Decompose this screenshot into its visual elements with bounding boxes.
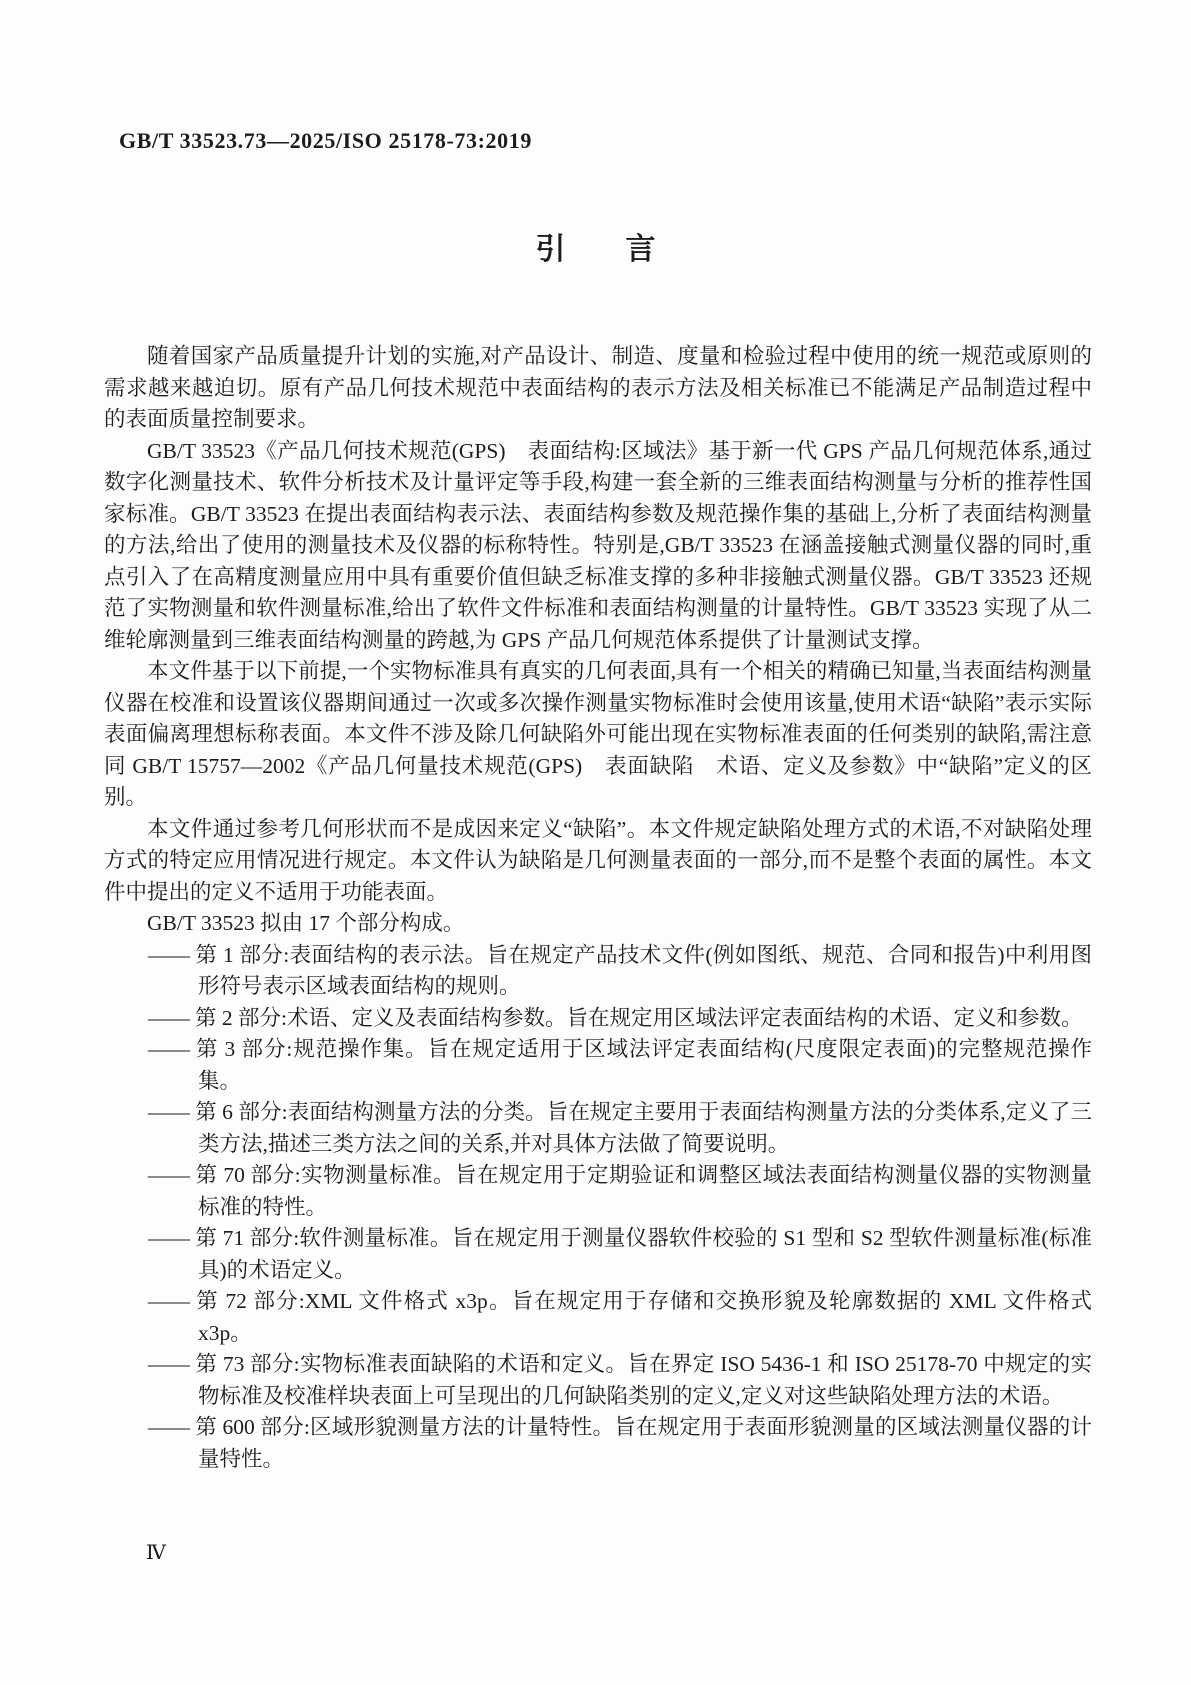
page-number: Ⅳ [146, 1540, 166, 1565]
list-item-dash: —— [148, 1100, 195, 1124]
list-item-part-70: ——第 70 部分:实物测量标准。旨在规定用于定期验证和调整区域法表面结构测量仪… [104, 1160, 1092, 1223]
standard-number: GB/T 33523.73—2025/ISO 25178-73:2019 [119, 128, 532, 154]
intro-paragraph-3: 本文件基于以下前提,一个实物标准具有真实的几何表面,具有一个相关的精确已知量,当… [104, 656, 1092, 814]
list-item-part-2: ——第 2 部分:术语、定义及表面结构参数。旨在规定用区域法评定表面结构的术语、… [104, 1003, 1092, 1035]
list-item-text: 第 71 部分:软件测量标准。旨在规定用于测量仪器软件校验的 S1 型和 S2 … [195, 1226, 1092, 1282]
list-item-dash: —— [148, 1006, 195, 1030]
list-item-part-72: ——第 72 部分:XML 文件格式 x3p。旨在规定用于存储和交换形貌及轮廓数… [104, 1286, 1092, 1349]
intro-paragraph-4: 本文件通过参考几何形状而不是成因来定义“缺陷”。本文件规定缺陷处理方式的术语,不… [104, 814, 1092, 909]
list-item-text: 第 3 部分:规范操作集。旨在规定适用于区域法评定表面结构(尺度限定表面)的完整… [195, 1037, 1092, 1093]
page-title: 引 言 [0, 224, 1191, 268]
list-item-dash: —— [148, 1415, 195, 1439]
list-item-dash: —— [148, 943, 195, 967]
list-item-text: 第 2 部分:术语、定义及表面结构参数。旨在规定用区域法评定表面结构的术语、定义… [195, 1006, 1082, 1030]
list-item-part-73: ——第 73 部分:实物标准表面缺陷的术语和定义。旨在界定 ISO 5436-1… [104, 1349, 1092, 1412]
list-item-text: 第 600 部分:区域形貌测量方法的计量特性。旨在规定用于表面形貌测量的区域法测… [195, 1415, 1092, 1471]
intro-paragraph-1: 随着国家产品质量提升计划的实施,对产品设计、制造、度量和检验过程中使用的统一规范… [104, 341, 1092, 436]
intro-paragraph-2: GB/T 33523《产品几何技术规范(GPS) 表面结构:区域法》基于新一代 … [104, 436, 1092, 657]
list-item-part-3: ——第 3 部分:规范操作集。旨在规定适用于区域法评定表面结构(尺度限定表面)的… [104, 1034, 1092, 1097]
list-item-part-1: ——第 1 部分:表面结构的表示法。旨在规定产品技术文件(例如图纸、规范、合同和… [104, 940, 1092, 1003]
list-item-text: 第 1 部分:表面结构的表示法。旨在规定产品技术文件(例如图纸、规范、合同和报告… [195, 943, 1092, 999]
list-item-dash: —— [148, 1037, 195, 1061]
list-item-text: 第 6 部分:表面结构测量方法的分类。旨在规定主要用于表面结构测量方法的分类体系… [195, 1100, 1092, 1156]
document-body: 随着国家产品质量提升计划的实施,对产品设计、制造、度量和检验过程中使用的统一规范… [104, 341, 1092, 1475]
list-item-part-600: ——第 600 部分:区域形貌测量方法的计量特性。旨在规定用于表面形貌测量的区域… [104, 1412, 1092, 1475]
list-item-text: 第 72 部分:XML 文件格式 x3p。旨在规定用于存储和交换形貌及轮廓数据的… [195, 1289, 1092, 1345]
list-item-part-6: ——第 6 部分:表面结构测量方法的分类。旨在规定主要用于表面结构测量方法的分类… [104, 1097, 1092, 1160]
intro-paragraph-5: GB/T 33523 拟由 17 个部分构成。 [104, 908, 1092, 940]
list-item-part-71: ——第 71 部分:软件测量标准。旨在规定用于测量仪器软件校验的 S1 型和 S… [104, 1223, 1092, 1286]
list-item-dash: —— [148, 1163, 195, 1187]
list-item-text: 第 70 部分:实物测量标准。旨在规定用于定期验证和调整区域法表面结构测量仪器的… [195, 1163, 1092, 1219]
list-item-dash: —— [148, 1289, 195, 1313]
document-page: GB/T 33523.73—2025/ISO 25178-73:2019 引 言… [0, 0, 1191, 1685]
list-item-dash: —— [148, 1352, 195, 1376]
list-item-text: 第 73 部分:实物标准表面缺陷的术语和定义。旨在界定 ISO 5436-1 和… [195, 1352, 1092, 1408]
list-item-dash: —— [148, 1226, 195, 1250]
